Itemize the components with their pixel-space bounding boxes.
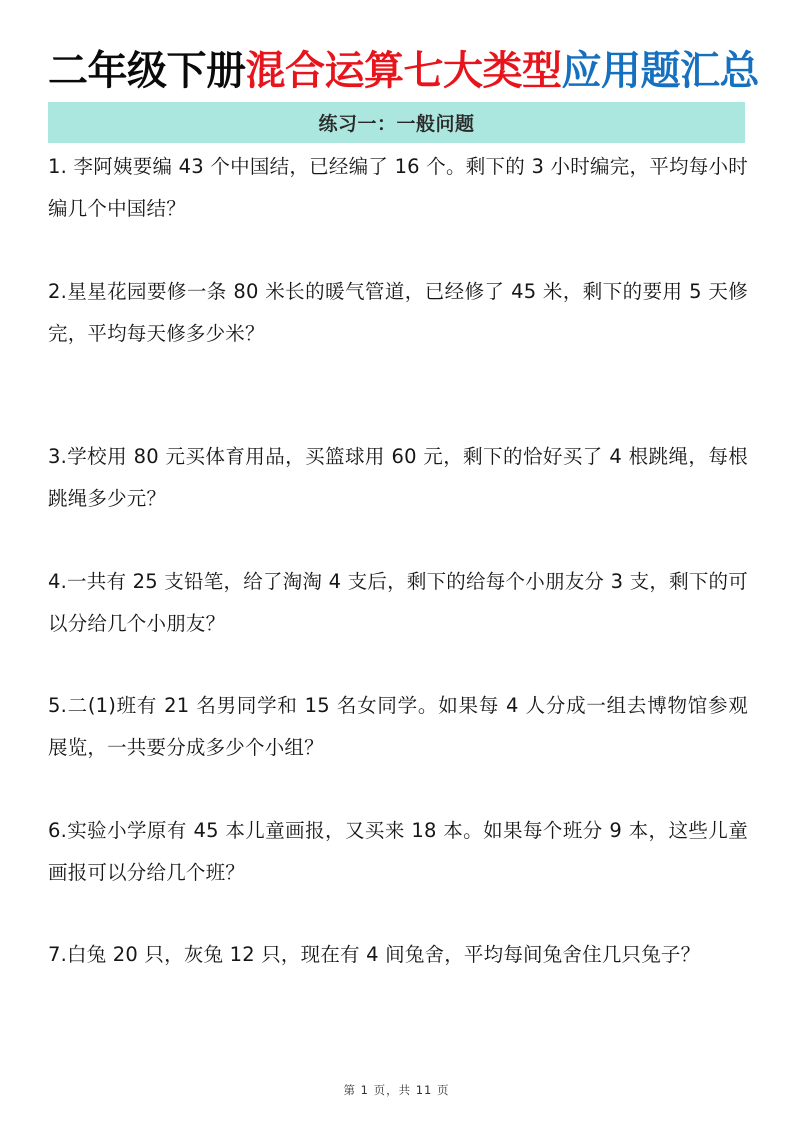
- title-part-summary: 应用题汇总: [562, 48, 760, 94]
- question-1: 1. 李阿姨要编 43 个中国结，已经编了 16 个。剩下的 3 小时编完，平均…: [48, 146, 748, 230]
- page-footer: 第 1 页，共 11 页: [0, 1082, 793, 1098]
- question-5: 5.二(1)班有 21 名男同学和 15 名女同学。如果每 4 人分成一组去博物…: [48, 685, 748, 769]
- question-6: 6.实验小学原有 45 本儿童画报，又买来 18 本。如果每个班分 9 本，这些…: [48, 810, 748, 894]
- question-7: 7.白兔 20 只，灰兔 12 只，现在有 4 间兔舍，平均每间兔舍住几只兔子？: [48, 934, 748, 976]
- title-part-grade: 二年级下册: [48, 48, 246, 94]
- question-2: 2.星星花园要修一条 80 米长的暖气管道，已经修了 45 米，剩下的要用 5 …: [48, 271, 748, 355]
- title-part-topic: 混合运算七大类型: [246, 48, 562, 94]
- question-4: 4.一共有 25 支铅笔，给了淘淘 4 支后，剩下的给每个小朋友分 3 支，剩下…: [48, 561, 748, 645]
- document-title: 二年级下册混合运算七大类型应用题汇总: [48, 46, 748, 96]
- question-3: 3.学校用 80 元买体育用品，买篮球用 60 元，剩下的恰好买了 4 根跳绳，…: [48, 436, 748, 520]
- section-banner: 练习一：一般问题: [48, 102, 745, 143]
- section-heading: 练习一：一般问题: [318, 109, 474, 136]
